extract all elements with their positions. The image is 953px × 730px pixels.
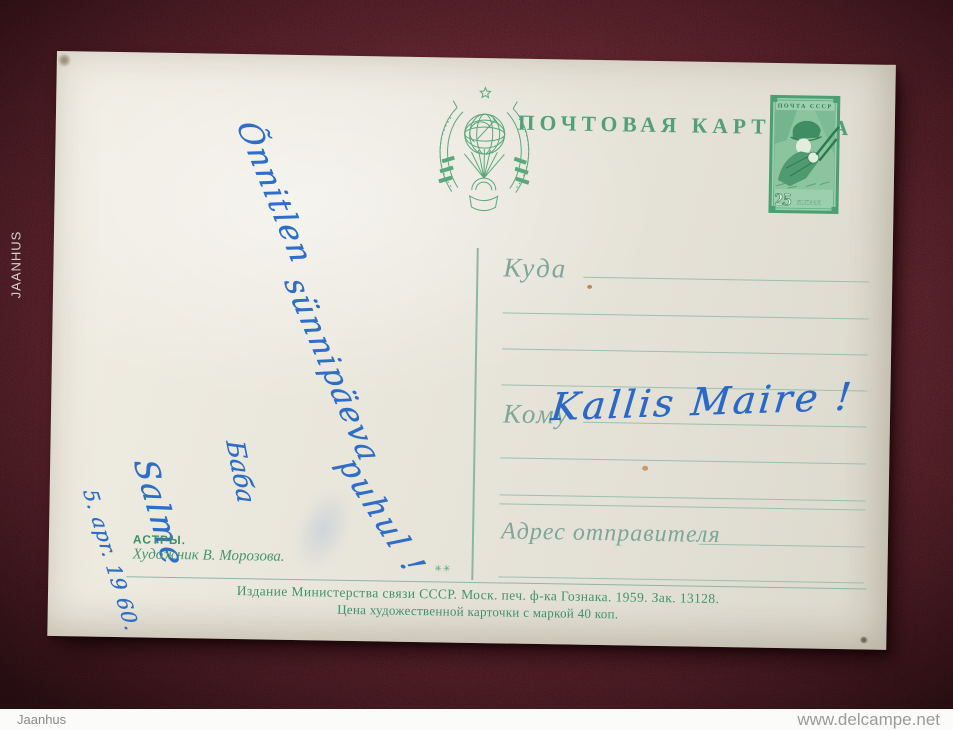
sun-icon <box>472 178 496 190</box>
star-icon <box>480 88 491 98</box>
corner-wear <box>58 53 71 67</box>
sender-label: Адрес отправителя <box>501 518 721 549</box>
address-line <box>699 544 865 548</box>
address-line <box>503 312 869 319</box>
corner-wear <box>859 636 868 643</box>
to-label: Куда <box>503 252 567 284</box>
handwritten-message-part1: Õnnitlen <box>228 118 321 266</box>
address-line <box>583 277 869 283</box>
hammer-icon <box>477 118 499 140</box>
stamp-denomination: 25 <box>774 190 791 209</box>
handwritten-message-part2: sünnipäeva <box>275 275 388 466</box>
photo-scene: ПОЧТОВАЯ КАРТОЧКА ПОЧТА СССР <box>0 0 953 730</box>
postcard-title: ПОЧТОВАЯ КАРТОЧКА <box>518 111 798 141</box>
miner-icon <box>774 110 839 190</box>
address-line <box>502 348 868 355</box>
handwritten-closing: Баба <box>220 440 261 504</box>
stain-spot <box>642 466 648 471</box>
printer-mark: ✳✳ <box>434 563 451 574</box>
artwork-title: АСТРЫ. <box>133 532 186 547</box>
separator-double-line-top <box>500 494 866 501</box>
stamp-header-text: ПОЧТА СССР <box>778 103 833 110</box>
postcard: ПОЧТОВАЯ КАРТОЧКА ПОЧТА СССР <box>47 51 896 650</box>
stamp-currency: копеек <box>797 196 822 206</box>
ussr-coat-of-arms-icon <box>421 83 547 217</box>
address-line <box>500 457 866 464</box>
separator-double-line-bottom <box>500 503 866 510</box>
stain-spot <box>587 285 592 289</box>
artwork-artist-credit: Художник В. Морозова. <box>133 546 285 566</box>
postage-stamp: ПОЧТА СССР 25 копеек <box>765 92 843 217</box>
address-divider-line <box>471 248 478 580</box>
footer-site-watermark: www.delcampe.net <box>797 710 940 730</box>
footer-seller-watermark: Jaanhus <box>17 712 66 727</box>
footer-bar: Jaanhus www.delcampe.net <box>0 709 953 730</box>
ribbon-banner <box>469 196 497 211</box>
watermark-left: JAANHUS <box>9 215 24 315</box>
